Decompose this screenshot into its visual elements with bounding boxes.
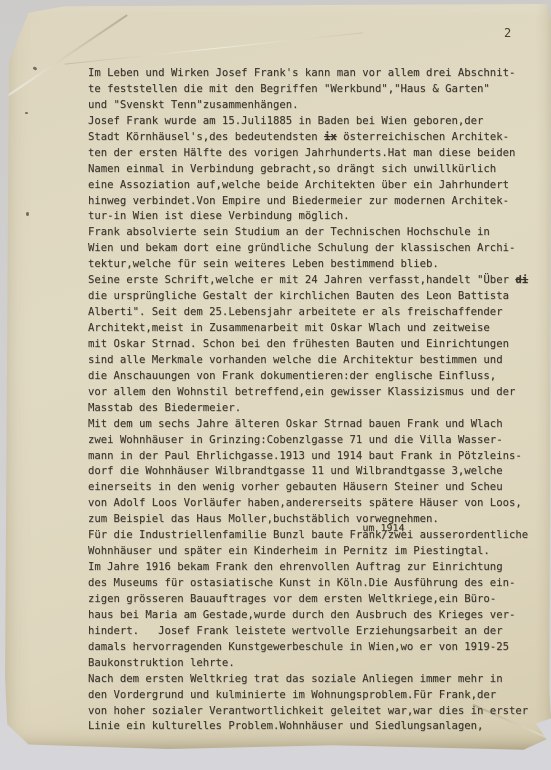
typewritten-text: Im Leben und Wirken Josef Frank's kann m… xyxy=(88,66,550,735)
text-line: zwei Wohnhäuser in Grinzing:Cobenzlgasse… xyxy=(88,433,550,449)
text-line: Stadt Körnhäusel's,des bedeutendsten ix … xyxy=(88,130,550,146)
staple-mark xyxy=(33,66,38,71)
text-line: und "Svenskt Tenn"zusammenhängen. xyxy=(88,98,550,114)
text-line: Baukonstruktion lehrte. xyxy=(88,656,550,672)
text-line: Architekt,meist in Zusammenarbeit mit Os… xyxy=(88,321,550,337)
text-line: Frank absolvierte sein Studium an der Te… xyxy=(88,225,550,241)
text-line: zum Beispiel das Haus Moller,buchstäblic… xyxy=(88,512,550,528)
text-line: Wohnhäuser und später ein Kinderheim in … xyxy=(88,544,550,560)
paper-crease xyxy=(65,32,363,64)
text-line: Josef Frank wurde am 15.Juli1885 in Bade… xyxy=(88,114,550,130)
text-line: des Museums für ostasiatische Kunst in K… xyxy=(88,576,550,592)
text-line: den Vordergrund und kulminierte im Wohnu… xyxy=(88,688,550,704)
text-line: mann in der Paul Ehrlichgasse.1913 und 1… xyxy=(88,449,550,465)
text-line: Im Leben und Wirken Josef Frank's kann m… xyxy=(88,66,550,82)
document-page: 2 Im Leben und Wirken Josef Frank's kann… xyxy=(4,4,551,752)
text-line: zigen grösseren Bauauftrages vor dem ers… xyxy=(88,592,550,608)
text-line: Namen einmal in Verbindung gebracht,so d… xyxy=(88,162,550,178)
page-number: 2 xyxy=(504,26,512,40)
text-line: haus bei Maria am Gestade,wurde durch de… xyxy=(88,608,550,624)
text-line: die ursprüngliche Gestalt der kirchliche… xyxy=(88,289,550,305)
text-line: Mit dem um sechs Jahre älteren Oskar Str… xyxy=(88,417,550,433)
text-line: hinweg verbindet.Von Empire und Biederme… xyxy=(88,194,550,210)
text-line: vor allem den Wohnstil betreffend,ein ge… xyxy=(88,385,550,401)
inserted-annotation: um 1914 xyxy=(362,521,404,537)
text-line: te feststellen die mit den Begriffen "We… xyxy=(88,82,550,98)
text-line: einerseits in den wenig vorher gebauten … xyxy=(88,480,550,496)
text-line: von hoher sozialer Verantwortlichkeit ge… xyxy=(88,704,550,720)
text-line: dorf die Wohnhäuser Wilbrandtgasse 11 un… xyxy=(88,464,550,480)
text-line: Für die Industriellenfamilie Bunzl baute… xyxy=(88,528,550,544)
text-line: Seine erste Schrift,welche er mit 24 Jah… xyxy=(88,273,550,289)
text-line: Wien und bekam dort eine gründliche Schu… xyxy=(88,241,550,257)
text-line: Im Jahre 1916 bekam Frank den ehrenvolle… xyxy=(88,560,550,576)
text-line: sind alle Merkmale vorhanden welche die … xyxy=(88,353,550,369)
text-line: tur-in Wien ist diese Verbindung möglich… xyxy=(88,209,550,225)
text-line: von Adolf Loos Vorläufer haben,andererse… xyxy=(88,496,550,512)
text-line: Alberti". Seit dem 25.Lebensjahr arbeite… xyxy=(88,305,550,321)
text-line: mit Oskar Strnad. Schon bei den früheste… xyxy=(88,337,550,353)
photo-background: 2 Im Leben und Wirken Josef Frank's kann… xyxy=(0,0,551,770)
staple-mark xyxy=(26,212,29,216)
text-line: Linie ein kulturelles Problem.Wohnhäuser… xyxy=(88,719,550,735)
text-line: tektur,welche für sein weiteres Leben be… xyxy=(88,257,550,273)
text-line: Nach dem ersten Weltkrieg trat das sozia… xyxy=(88,672,550,688)
text-line: eine Assoziation auf,welche beide Archit… xyxy=(88,178,550,194)
staple-mark xyxy=(25,112,28,114)
text-line: damals hervorragenden Kunstgewerbeschule… xyxy=(88,640,550,656)
text-line: die Anschauungen von Frank dokumentieren… xyxy=(88,369,550,385)
text-line: hindert. Josef Frank leistete wertvolle … xyxy=(88,624,550,640)
text-line: Masstab des Biedermeier. xyxy=(88,401,550,417)
text-line: ten der ersten Hälfte des vorigen Jahrhu… xyxy=(88,146,550,162)
